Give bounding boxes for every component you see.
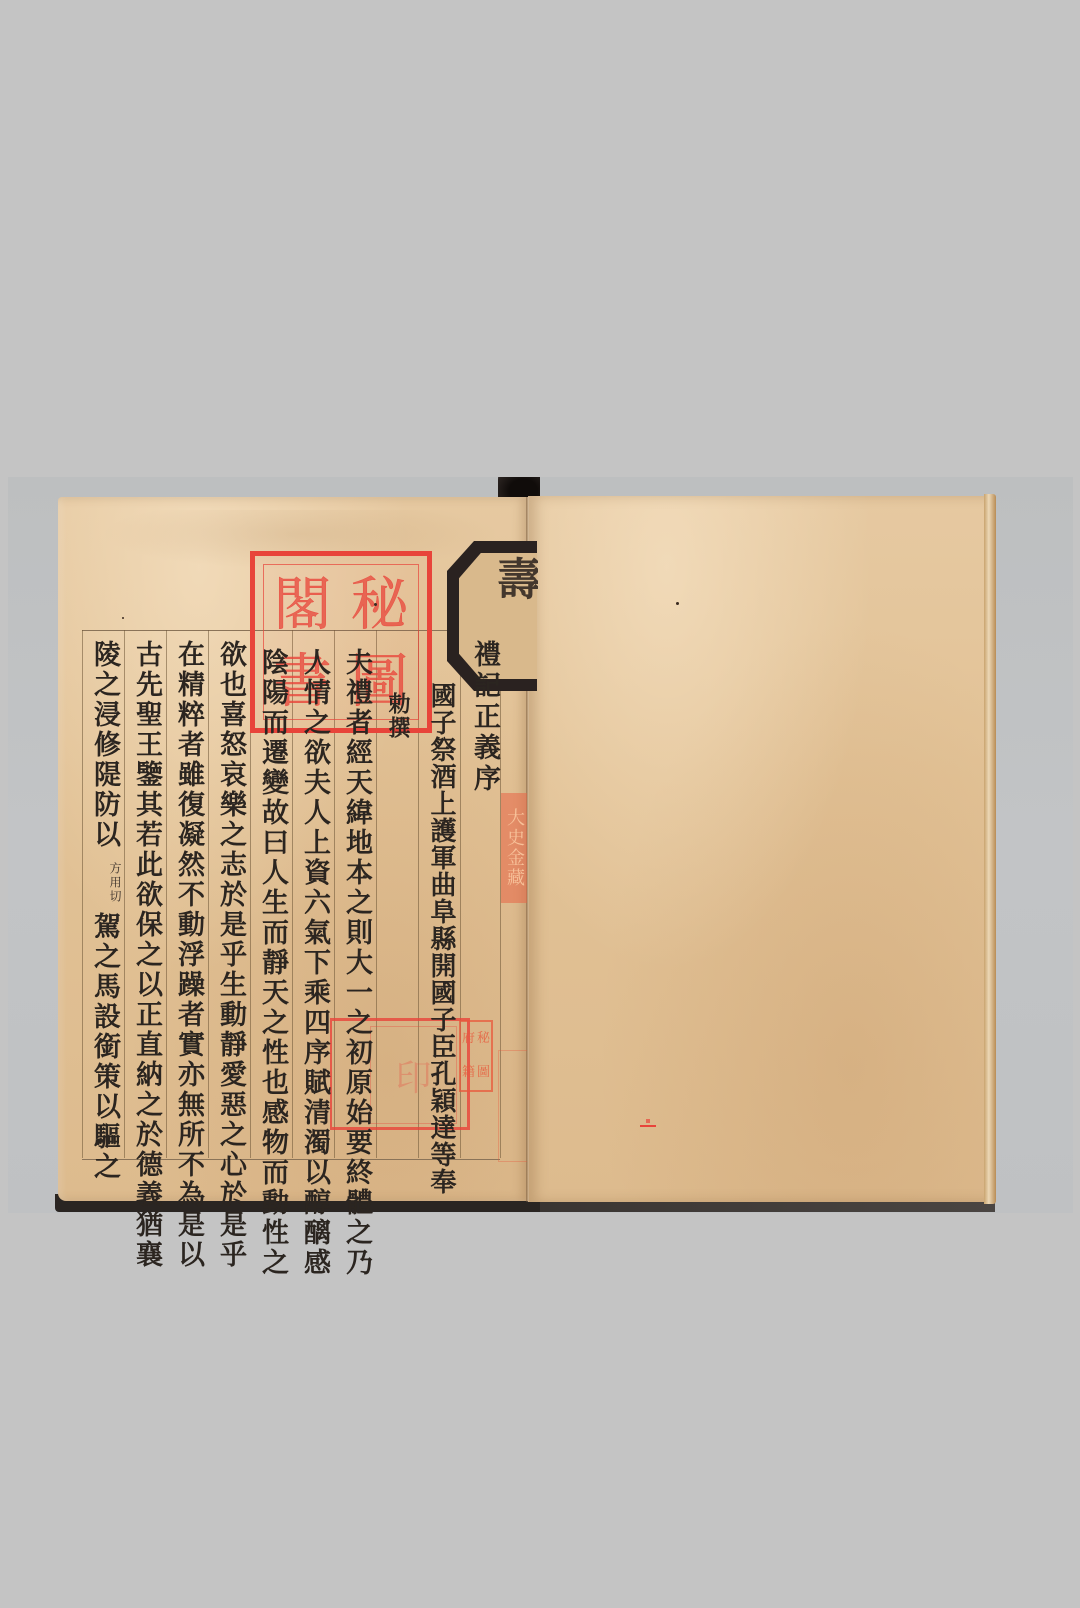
text-column-1: 夫禮者經天緯地本之則大一之初原始要終體之乃 [336, 648, 376, 1278]
text-column-7-tail: 駕之馬設銜策以驅之 [84, 912, 124, 1182]
author-line: 國子祭酒上護軍曲阜縣開國子臣孔穎達等奉 [420, 682, 460, 1195]
red-punctuation-mark [646, 1119, 650, 1123]
seal-glyph: 秘 [476, 1022, 491, 1056]
page-edges [984, 494, 996, 1204]
seal-glyph: 圖 [476, 1056, 491, 1090]
paper-speck [374, 603, 377, 606]
column-rule [124, 630, 125, 1158]
small-red-seal: 府 秘 籍 圖 [459, 1020, 493, 1092]
seal-glyph: 府 [461, 1022, 476, 1056]
text-column-2: 人情之欲夫人上資六氣下乘四序賦清濁以醇醨感 [294, 648, 334, 1278]
text-column-3: 陰陽而遷變故曰人生而靜天之性也感物而動性之 [252, 648, 292, 1278]
imperial-commission: 勅撰 [378, 692, 414, 740]
text-column-4: 欲也喜怒哀樂之志於是乎生動靜愛惡之心於是乎 [210, 640, 250, 1270]
seal-glyph: 籍 [461, 1056, 476, 1090]
column-rule [166, 630, 167, 1158]
right-page-blank [528, 496, 990, 1202]
tall-red-seal: 大史金藏 [501, 793, 527, 903]
book-photograph: 閣 秘 書 圖 印 壽 大史金藏 府 秘 籍 圖 禮記正義序 國子祭酒上護軍曲阜… [0, 0, 1080, 1608]
text-column-7: 陵之浸修隄防以制之 [84, 640, 124, 855]
paper-speck [676, 602, 679, 605]
paper-speck [122, 617, 124, 619]
phonetic-annotation: 方用切 [98, 862, 122, 904]
text-column-6: 古先聖王鑒其若此欲保之以正直納之於德義猶襄 [126, 640, 166, 1270]
seal-glyph: 閣 [264, 565, 341, 642]
red-punctuation-mark [640, 1125, 656, 1127]
column-rule [208, 630, 209, 1158]
text-column-5: 在精粹者雖復凝然不動浮躁者實亦無所不為是以 [168, 640, 208, 1270]
preface-title: 禮記正義序 [464, 640, 504, 795]
column-rule [82, 630, 83, 1158]
edge-seal-fragment [498, 1050, 527, 1162]
seal-glyph: 秘 [341, 565, 418, 642]
